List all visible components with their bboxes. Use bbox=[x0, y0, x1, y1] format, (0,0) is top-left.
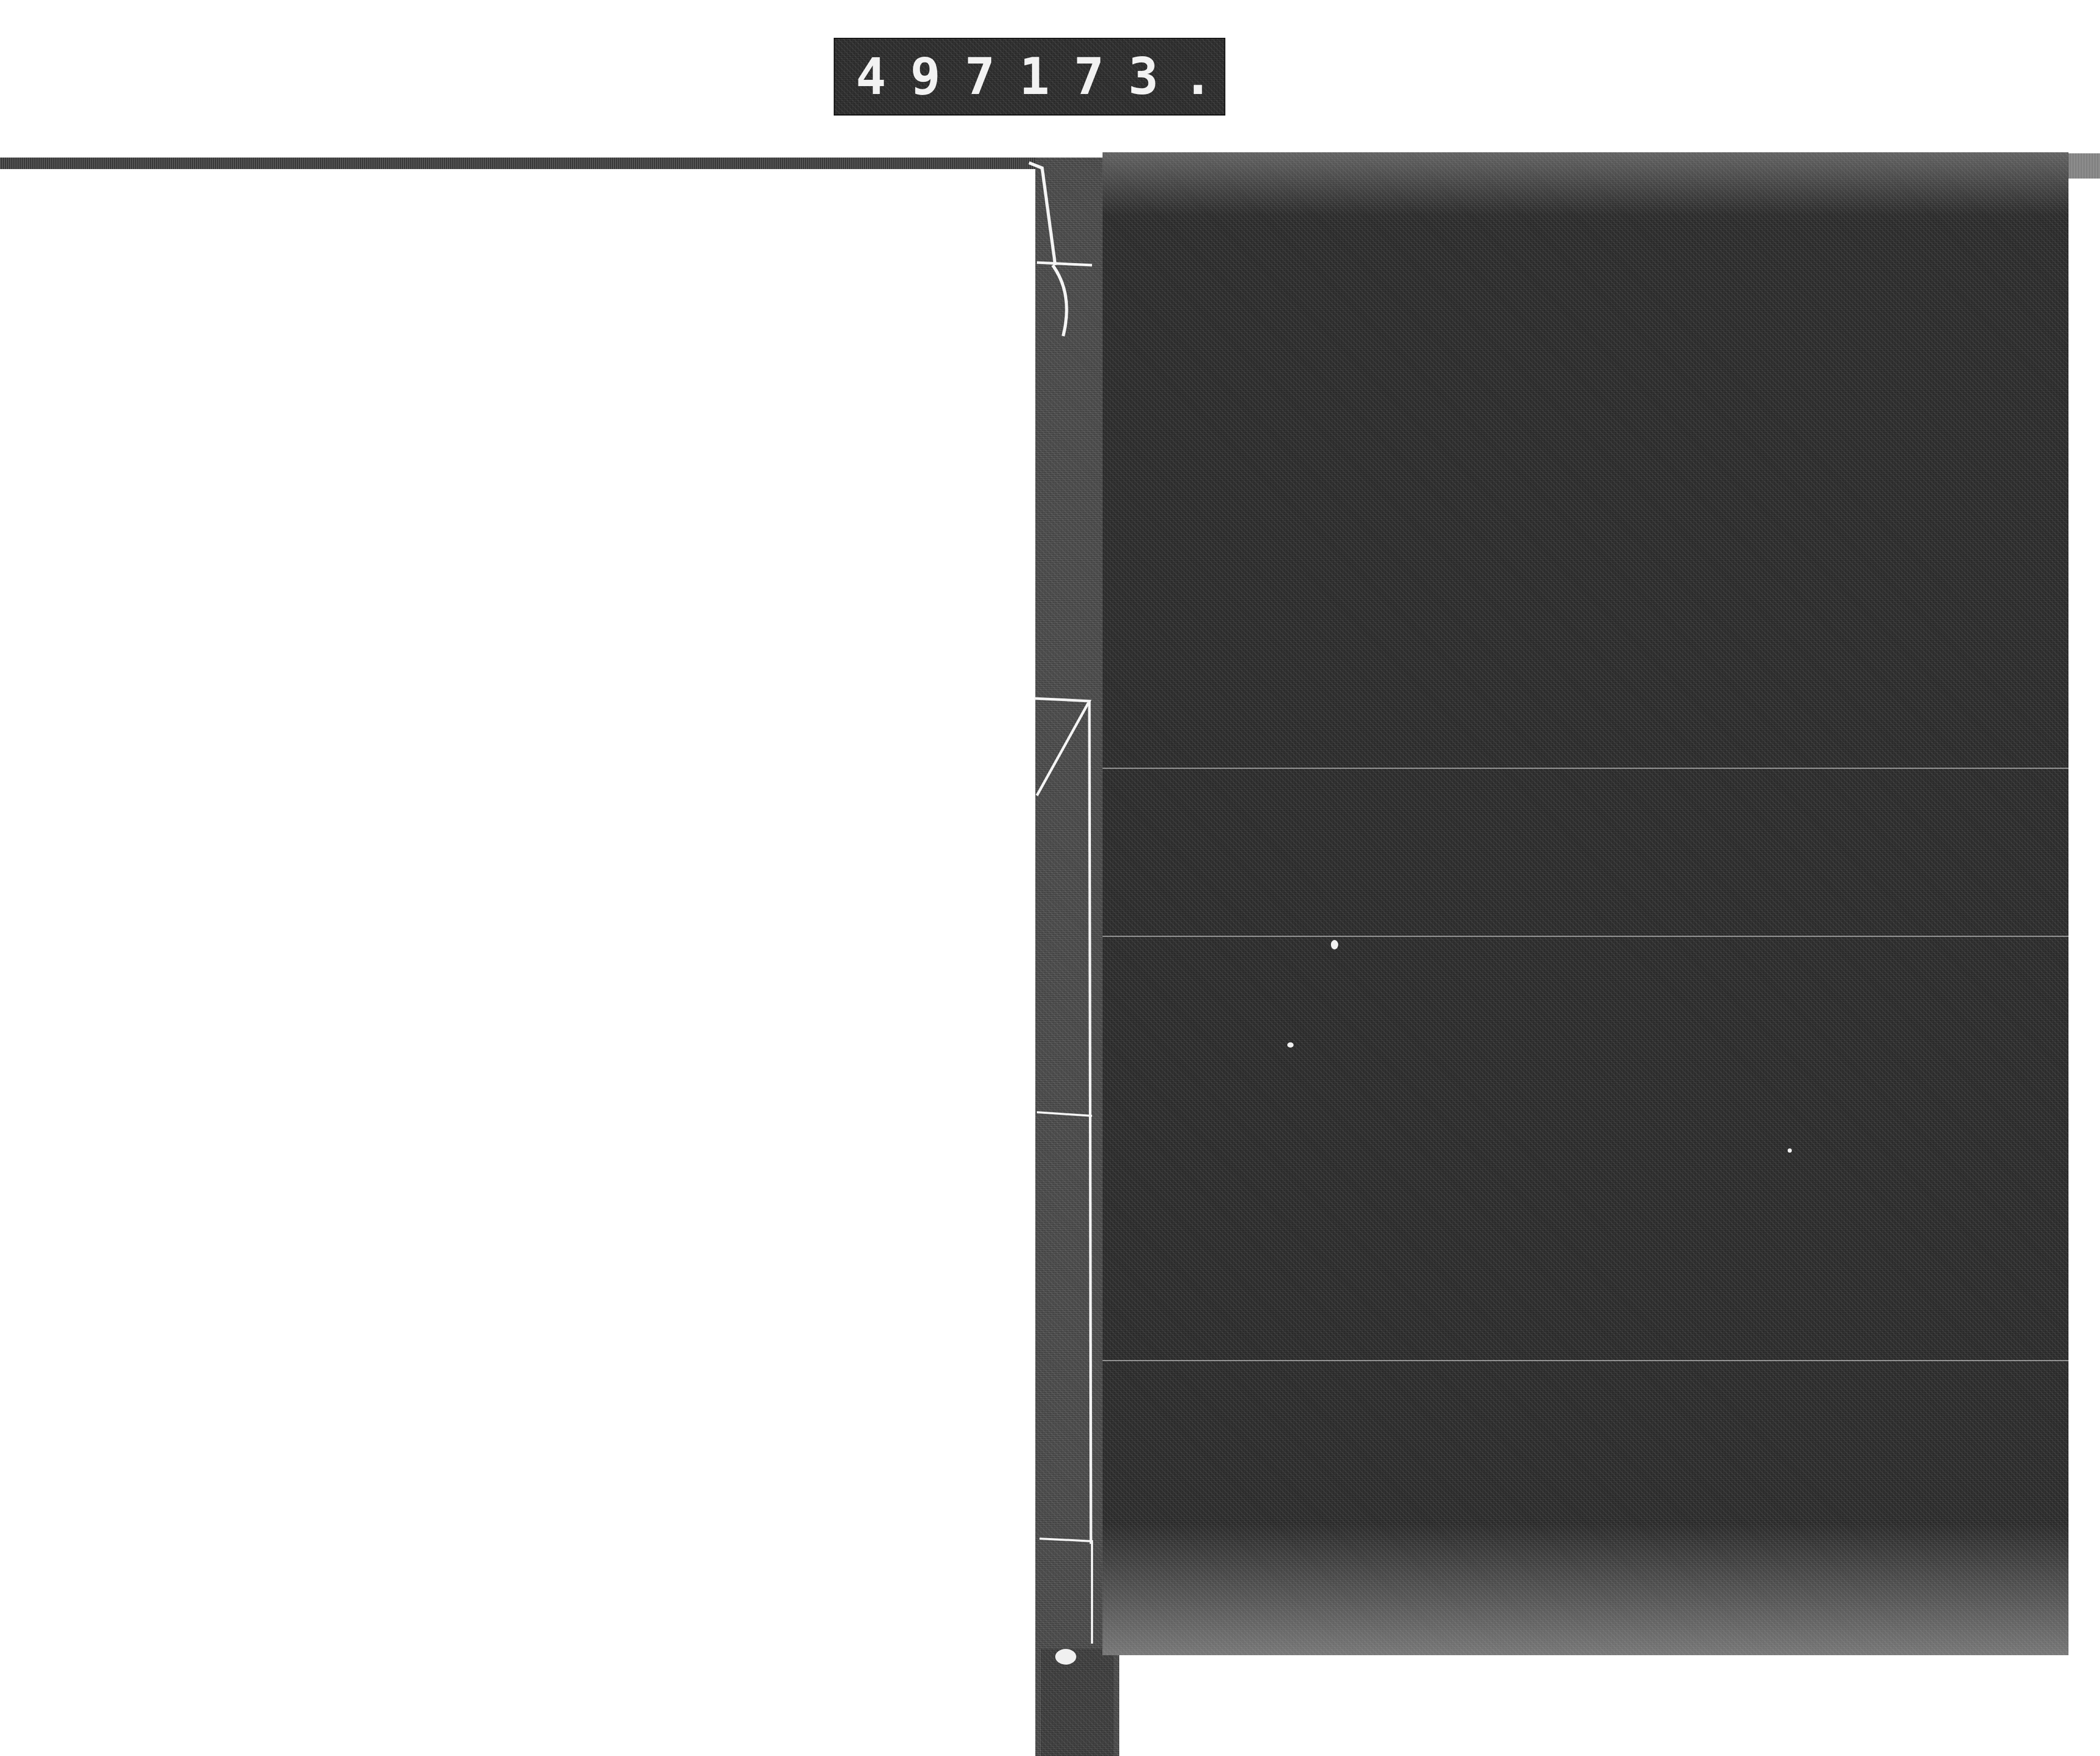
book-spine-tail bbox=[1041, 1649, 1114, 1756]
scan-line bbox=[1102, 936, 2068, 937]
scan-line bbox=[1102, 768, 2068, 769]
top-edge-bar bbox=[0, 158, 1045, 169]
scan-line bbox=[1102, 1360, 2068, 1361]
call-number-label: 497 173. bbox=[834, 38, 1225, 116]
spine-speck bbox=[1055, 1649, 1076, 1665]
cover-wear-bottom bbox=[1102, 1523, 2068, 1655]
book-cover bbox=[1102, 152, 2068, 1655]
call-number-right: 173. bbox=[1019, 47, 1237, 106]
top-edge-bar-right bbox=[2063, 153, 2100, 179]
cover-speck bbox=[1788, 1148, 1792, 1153]
cover-speck bbox=[1287, 1042, 1294, 1048]
call-number-left: 497 bbox=[856, 47, 1019, 106]
cover-speck bbox=[1331, 940, 1338, 949]
cover-wear-top bbox=[1102, 152, 2068, 215]
